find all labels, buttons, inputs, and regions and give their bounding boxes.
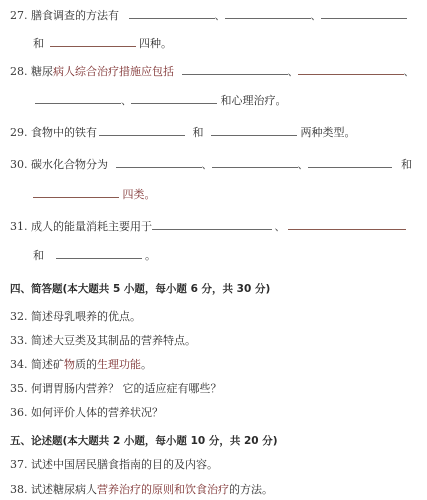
q27-number: 27.: [10, 9, 28, 22]
q34-text-b: 物: [64, 358, 75, 371]
q35-number: 35.: [10, 382, 28, 395]
q38-number: 38.: [10, 483, 28, 496]
q29-blank-1[interactable]: [99, 125, 185, 136]
q28-prompt-red: 病人综合治疗措施应包括: [53, 65, 174, 78]
q28-number: 28.: [10, 65, 28, 78]
q31-blank-3[interactable]: [56, 248, 142, 259]
q34-text-c: 质的: [75, 358, 97, 371]
q30-and: 和: [401, 158, 412, 171]
q29-and: 和: [193, 126, 204, 139]
q30-sep-2: 、: [298, 158, 308, 172]
q27-and: 和: [33, 37, 44, 50]
q34-text-a: 简述矿: [31, 358, 64, 371]
q38-text: 试述糖尿病人营养治疗的原则和饮食治疗的方法。: [31, 483, 273, 496]
q27-blank-2[interactable]: [225, 8, 311, 19]
q27-blank-3[interactable]: [321, 8, 407, 19]
q27-line2: 和 四种。: [33, 36, 172, 50]
q27-line1: 27. 膳食调查的方法有 、、: [10, 8, 407, 22]
q28-blank-1[interactable]: [182, 64, 288, 75]
q32: 32. 简述母乳喂养的优点。: [10, 310, 141, 324]
q28-sep-2: 、: [404, 65, 414, 79]
q30-line1: 30. 碳水化合物分为 、、 和: [10, 157, 412, 171]
q29-line1: 29. 食物中的铁有 和 两种类型。: [10, 125, 356, 139]
q30-blank-3[interactable]: [308, 157, 392, 168]
q31-suffix: 。: [145, 249, 156, 262]
q29-suffix: 两种类型。: [301, 126, 356, 139]
q31-line1: 31. 成人的能量消耗主要用于、: [10, 219, 406, 233]
q28-suffix: 和心理治疗。: [221, 94, 287, 107]
q30-number: 30.: [10, 158, 28, 171]
q32-text: 简述母乳喂养的优点。: [31, 310, 141, 323]
q33-number: 33.: [10, 334, 28, 347]
q27-suffix: 四种。: [139, 37, 172, 50]
q30-line2: 四类。: [33, 187, 156, 201]
q31-prompt: 成人的能量消耗主要用于: [31, 220, 152, 233]
q36-number: 36.: [10, 406, 28, 419]
q28-blank-2[interactable]: [298, 64, 404, 75]
q27-blank-4[interactable]: [50, 36, 136, 47]
q28-sep-3: 、: [121, 94, 131, 108]
q28-prompt-plain: 糖尿: [31, 65, 53, 78]
q27-prompt: 膳食调查的方法有: [31, 9, 119, 22]
q38-text-b: 营养治疗的原则和饮食治疗: [97, 483, 229, 496]
section4-heading: 四、简答题(本大题共 5 小题，每小题 6 分，共 30 分): [10, 282, 270, 296]
section5-heading: 五、论述题(本大题共 2 小题，每小题 10 分，共 20 分): [10, 434, 278, 448]
q34-number: 34.: [10, 358, 28, 371]
q36-text: 如何评价人体的营养状况？: [31, 406, 163, 419]
q27-blank-1[interactable]: [129, 8, 215, 19]
q30-sep-1: 、: [202, 158, 212, 172]
q38-text-a: 试述糖尿病人: [31, 483, 97, 496]
q37-number: 37.: [10, 458, 28, 471]
q31-blank-1[interactable]: [152, 219, 272, 230]
q31-blank-2[interactable]: [288, 219, 406, 230]
q28-blank-3[interactable]: [35, 93, 121, 104]
q34-text: 简述矿物质的生理功能。: [31, 358, 152, 371]
q30-blank-4[interactable]: [33, 187, 119, 198]
q31-line2: 和 。: [33, 248, 156, 262]
q32-number: 32.: [10, 310, 28, 323]
q33: 33. 简述大豆类及其制品的营养特点。: [10, 334, 196, 348]
q27-sep-1: 、: [215, 9, 225, 23]
q28-prompt: 糖尿病人综合治疗措施应包括: [31, 65, 174, 78]
q30-prompt: 碳水化合物分为: [31, 158, 108, 171]
q30-blank-2[interactable]: [212, 157, 298, 168]
q28-line2: 、 和心理治疗。: [35, 93, 287, 107]
q28-line1: 28. 糖尿病人综合治疗措施应包括 、、: [10, 64, 414, 78]
q37-text: 试述中国居民膳食指南的目的及内容。: [31, 458, 218, 471]
q35: 35. 何谓胃肠内营养？ 它的适应症有哪些？: [10, 382, 222, 396]
q38: 38. 试述糖尿病人营养治疗的原则和饮食治疗的方法。: [10, 483, 273, 497]
q34-text-e: 。: [141, 358, 152, 371]
q36: 36. 如何评价人体的营养状况？: [10, 406, 163, 420]
q29-number: 29.: [10, 126, 28, 139]
q34: 34. 简述矿物质的生理功能。: [10, 358, 152, 372]
q33-text: 简述大豆类及其制品的营养特点。: [31, 334, 196, 347]
q38-text-c: 的方法。: [229, 483, 273, 496]
q29-prompt: 食物中的铁有: [31, 126, 97, 139]
q30-blank-1[interactable]: [116, 157, 202, 168]
q29-blank-2[interactable]: [211, 125, 297, 136]
q27-sep-2: 、: [311, 9, 321, 23]
q34-text-d: 生理功能: [97, 358, 141, 371]
q37: 37. 试述中国居民膳食指南的目的及内容。: [10, 458, 218, 472]
q28-blank-4[interactable]: [131, 93, 217, 104]
q31-number: 31.: [10, 220, 28, 233]
q28-sep-1: 、: [288, 65, 298, 79]
q35-text: 何谓胃肠内营养？ 它的适应症有哪些？: [31, 382, 222, 395]
q31-sep-1: 、: [272, 220, 288, 234]
q31-and: 和: [33, 249, 44, 262]
q30-suffix: 四类。: [123, 188, 156, 201]
